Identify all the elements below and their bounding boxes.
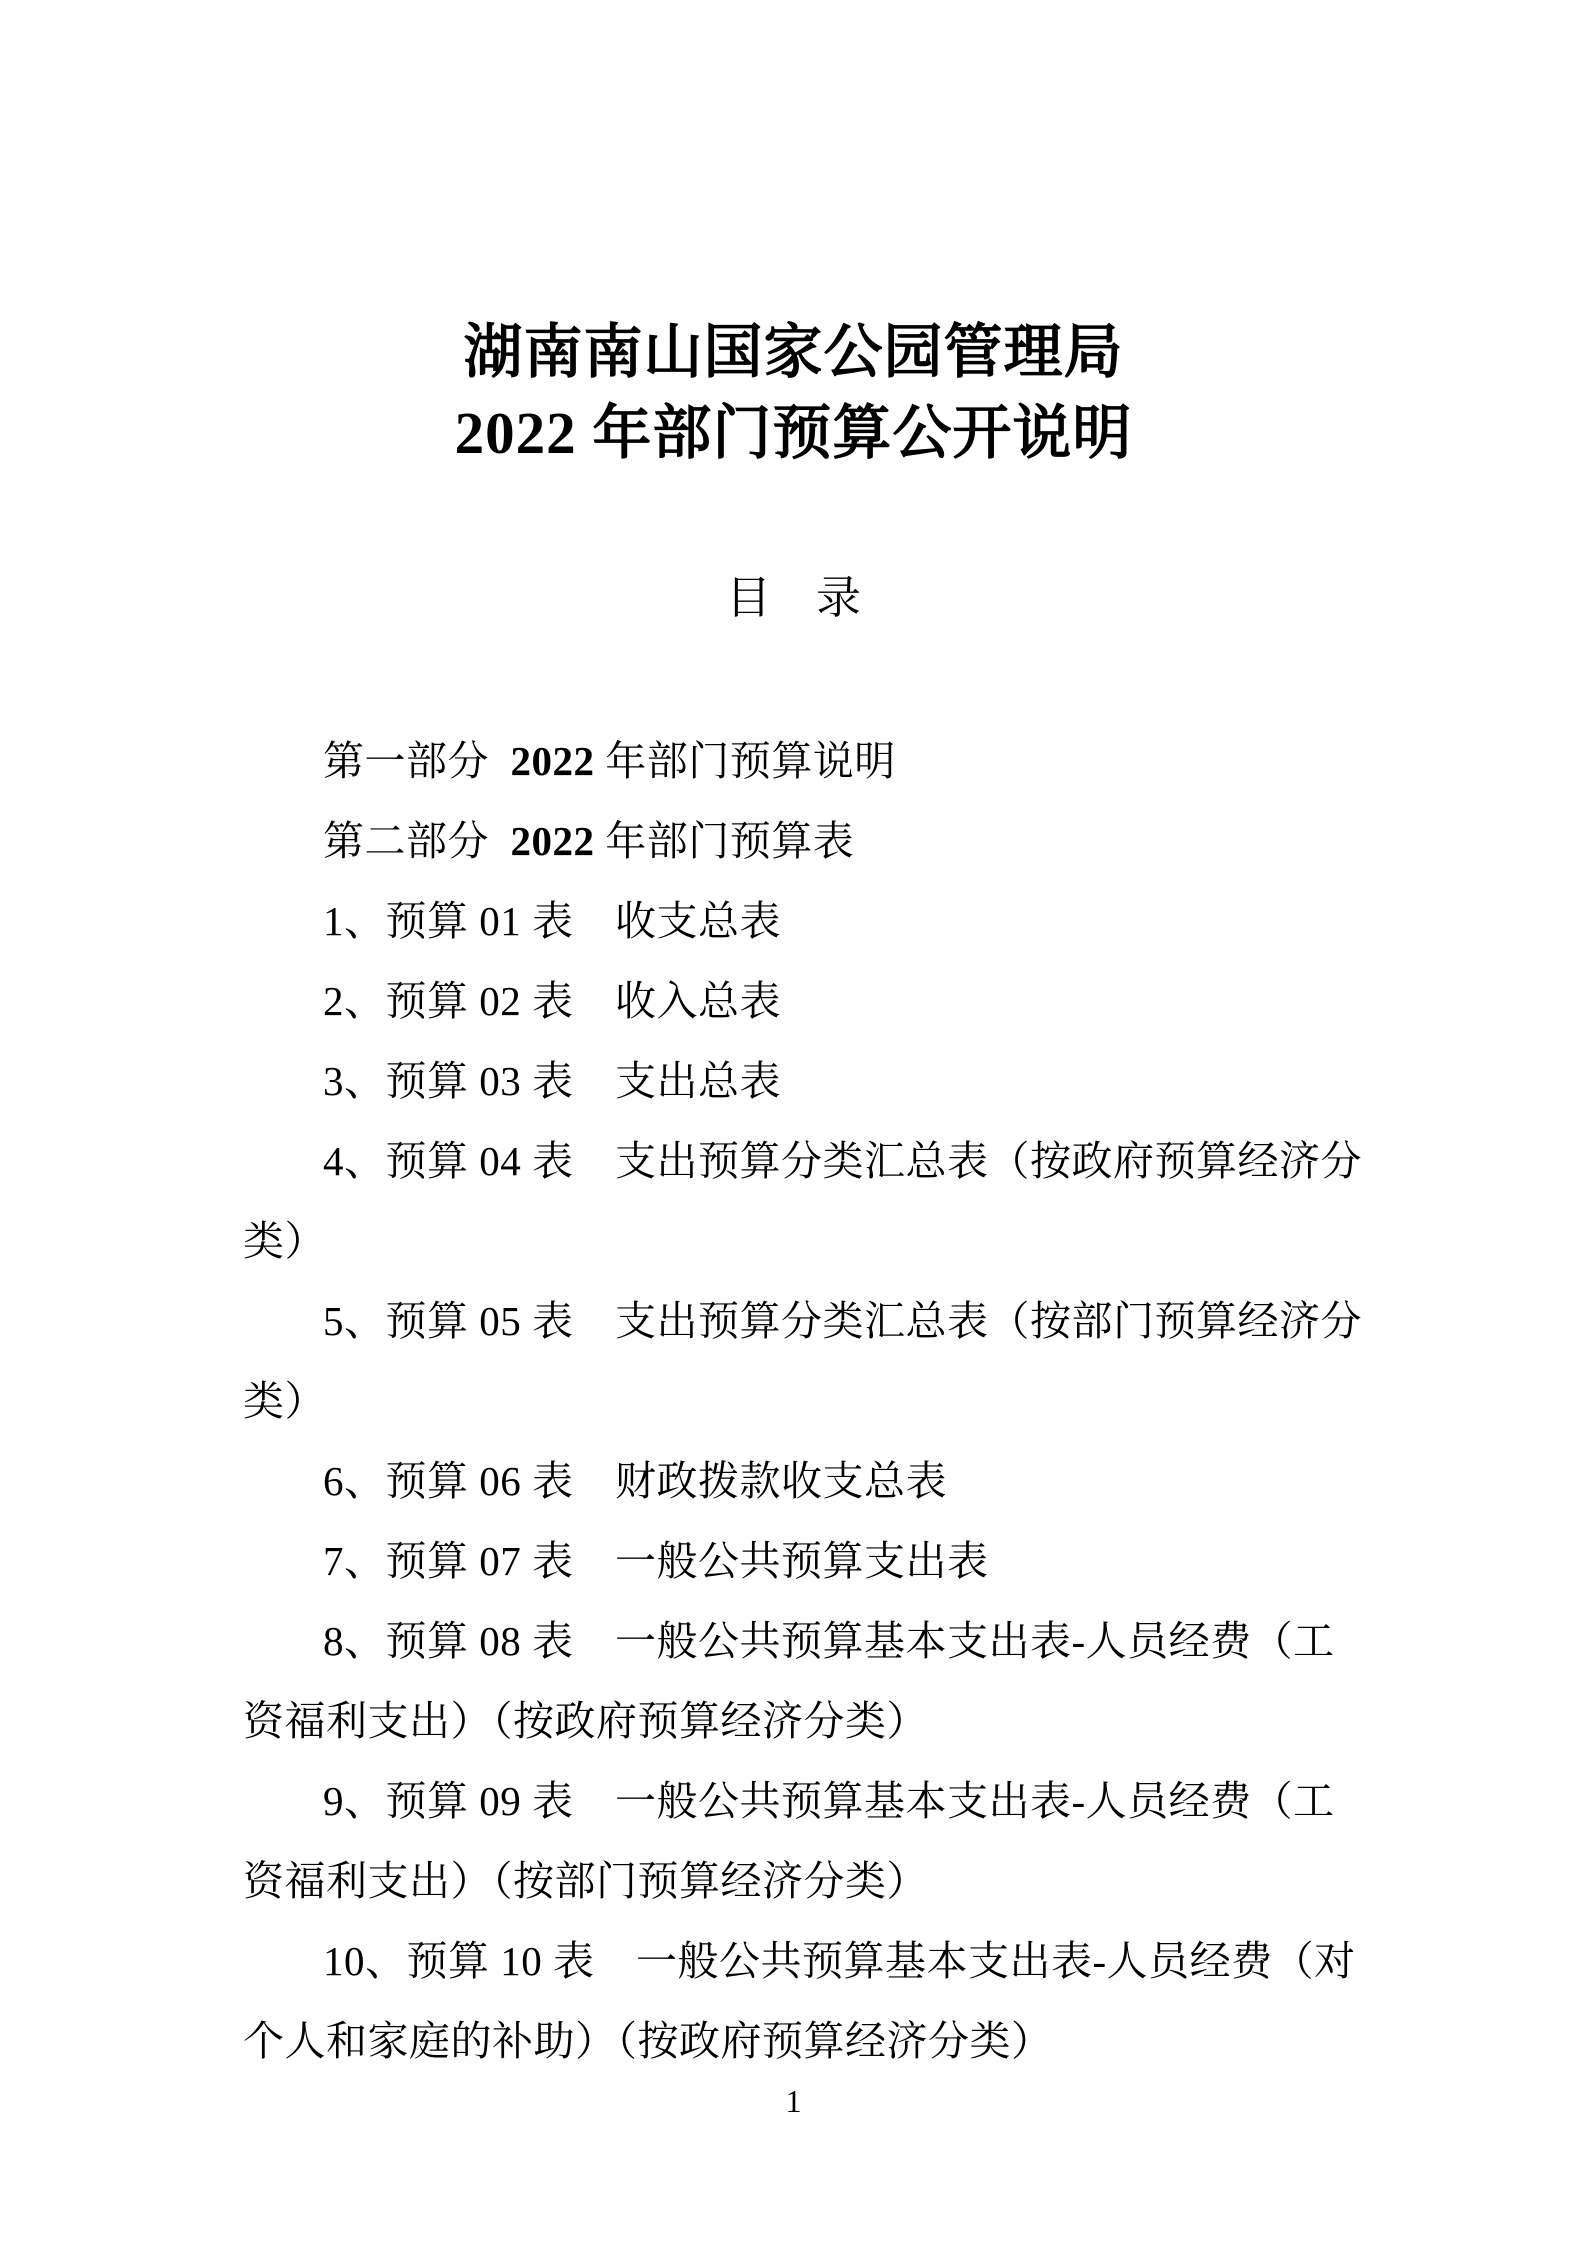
toc-line-text: 6、预算 06 表 财政拨款收支总表 [323,1458,947,1504]
toc-line: 4、预算 04 表 支出预算分类汇总表（按政府预算经济分 [243,1121,1368,1201]
toc-line-text: 3、预算 03 表 支出总表 [323,1058,781,1104]
toc-line-bold-year: 2022 [511,738,595,784]
toc-line-text: 7、预算 07 表 一般公共预算支出表 [323,1538,989,1584]
toc-line-text: 5、预算 05 表 支出预算分类汇总表（按部门预算经济分 [323,1298,1362,1344]
toc-line: 资福利支出）（按部门预算经济分类） [243,1841,1368,1921]
page-number: 1 [0,2085,1587,2117]
toc-line-bold-year: 2022 [511,818,595,864]
toc-line-text: 4、预算 04 表 支出预算分类汇总表（按政府预算经济分 [323,1138,1362,1184]
document-title-line-2: 2022 年部门预算公开说明 [0,404,1587,463]
toc-line-text: 资福利支出）（按政府预算经济分类） [243,1698,928,1744]
toc-line-text: 年部门预算表 [595,818,855,864]
toc-line-text: 2、预算 02 表 收入总表 [323,978,781,1024]
toc-line: 第二部分 2022 年部门预算表 [243,801,1368,881]
toc-line: 资福利支出）（按政府预算经济分类） [243,1681,1368,1761]
toc-line: 9、预算 09 表 一般公共预算基本支出表-人员经费（工 [243,1761,1368,1841]
toc-line: 3、预算 03 表 支出总表 [243,1041,1368,1121]
toc-list: 第一部分 2022 年部门预算说明第二部分 2022 年部门预算表1、预算 01… [243,721,1368,2081]
toc-line: 7、预算 07 表 一般公共预算支出表 [243,1521,1368,1601]
toc-line: 个人和家庭的补助）（按政府预算经济分类） [243,2001,1368,2081]
toc-line-text: 9、预算 09 表 一般公共预算基本支出表-人员经费（工 [323,1778,1335,1824]
toc-line: 8、预算 08 表 一般公共预算基本支出表-人员经费（工 [243,1601,1368,1681]
toc-line: 类） [243,1201,1368,1281]
toc-line-text: 1、预算 01 表 收支总表 [323,898,781,944]
toc-line-text: 第二部分 [323,818,511,864]
toc-line: 1、预算 01 表 收支总表 [243,881,1368,961]
toc-line-text: 资福利支出）（按部门预算经济分类） [243,1858,928,1904]
document-title-line-1: 湖南南山国家公园管理局 [0,323,1587,382]
toc-line: 2、预算 02 表 收入总表 [243,961,1368,1041]
toc-line-text: 年部门预算说明 [595,738,896,784]
toc-line: 类） [243,1361,1368,1441]
toc-line-text: 类） [243,1218,326,1264]
toc-heading: 目 录 [0,576,1587,621]
toc-line: 第一部分 2022 年部门预算说明 [243,721,1368,801]
toc-line-text: 8、预算 08 表 一般公共预算基本支出表-人员经费（工 [323,1618,1335,1664]
toc-line: 6、预算 06 表 财政拨款收支总表 [243,1441,1368,1521]
toc-line-text: 类） [243,1378,326,1424]
toc-line: 5、预算 05 表 支出预算分类汇总表（按部门预算经济分 [243,1281,1368,1361]
toc-line-text: 10、预算 10 表 一般公共预算基本支出表-人员经费（对 [323,1938,1356,1984]
toc-line-text: 个人和家庭的补助）（按政府预算经济分类） [243,2018,1053,2064]
document-page: 湖南南山国家公园管理局 2022 年部门预算公开说明 目 录 第一部分 2022… [0,0,1587,2245]
toc-line-text: 第一部分 [323,738,511,784]
toc-line: 10、预算 10 表 一般公共预算基本支出表-人员经费（对 [243,1921,1368,2001]
